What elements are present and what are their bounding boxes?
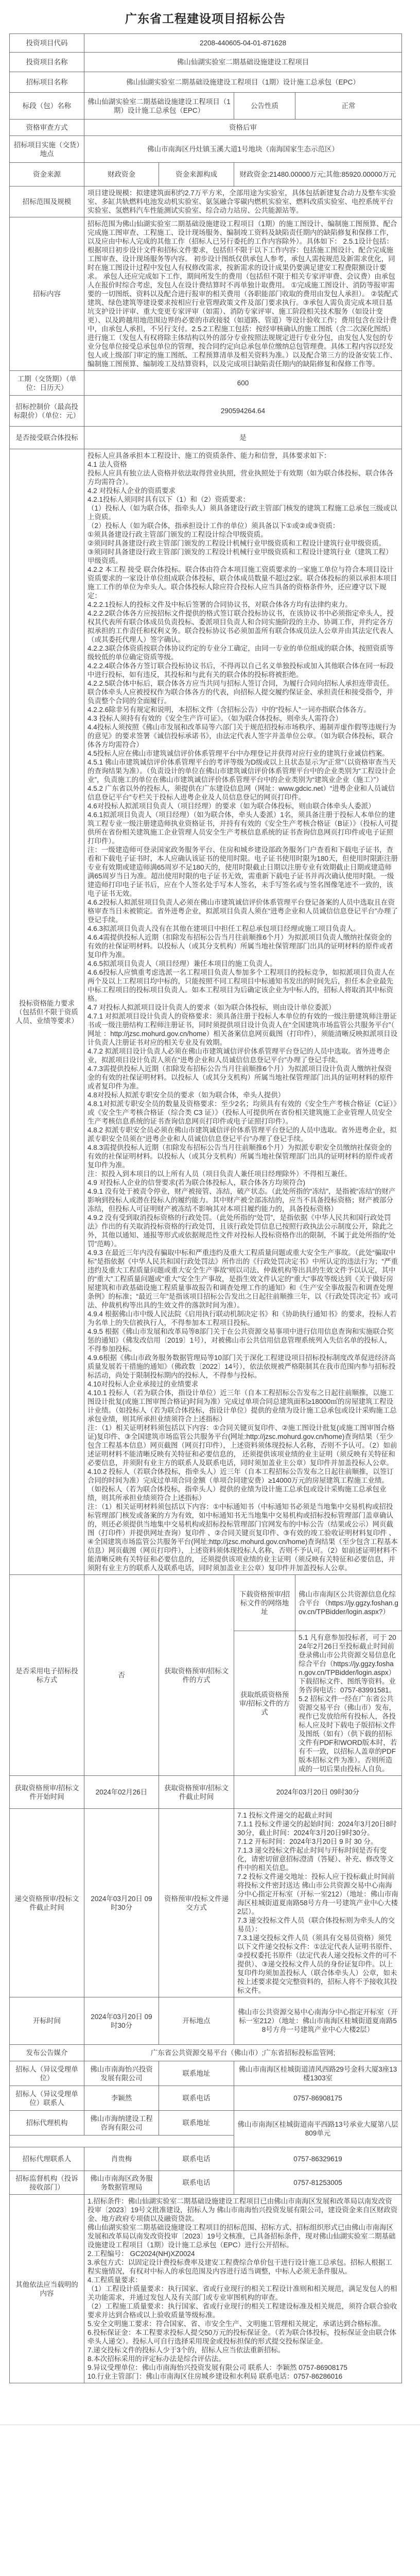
row-scope: 招标范围及规模 项目建设规模：拟建建筑面积约2.7万平方米，全部用途为实验室，具… — [10, 187, 402, 217]
funding-label: 资金来源 — [10, 163, 84, 187]
agency-contact-value: 肖贵梅 — [84, 2147, 159, 2171]
row-electronic-download: 是否采用电子招标投标方式 否 获取资格预审/招标文件的方式 下载资格预审/招标文… — [10, 1575, 402, 1631]
row-consortium: 是否接受联合体投标 是 — [10, 427, 402, 449]
row-invest-name: 投资项目名称 佛山仙湖实验室二期基础设施建设工程项目 — [10, 53, 402, 72]
row-tenderer: 招标人（异议受理单位） 佛山市南海怡兴投资发展有限公司 联系地址 佛山市南海区桂… — [10, 2061, 402, 2086]
tenderer-contact-label: 招标人（异议受理单位）联系人 — [10, 2086, 84, 2111]
obtain-end-label: 获取资格预审/招标文件截止时间 — [159, 1776, 234, 1809]
supervisor-value: 佛山市南海区政务服务数据管理局 — [84, 2171, 159, 2195]
funding-value: 财政资金 — [84, 163, 159, 187]
qualification-method-value: 资格后审 — [84, 120, 402, 136]
row-obtain-time: 获取资格预审/招标文件开始时间 2024年02月26日 获取资格预审/招标文件截… — [10, 1776, 402, 1809]
agency-tel-label: 联系电话 — [159, 2147, 234, 2171]
invest-code-value: 2208-440605-04-01-871628 — [84, 34, 402, 53]
row-duration: 工期（交货期）（单位：日历天） 600 — [10, 371, 402, 396]
tenderer-tel-label: 联系电话 — [159, 2086, 234, 2111]
row-media: 发布公告媒介 广东省公共资源交易平台（佛山市）;广东省招标投标监管网; — [10, 2045, 402, 2061]
section-value: 佛山仙湖实验室二期基础设施建设工程项目（1期）设计施工总承包（EPC） — [84, 93, 234, 120]
scope-value: 项目建设规模：拟建建筑面积约2.7万平方米，全部用途为实验室，具体包括新建复合动… — [84, 187, 402, 217]
row-tenderer-contact: 招标人（异议受理单位）联系人 李颖然 联系电话 0757-86908175 — [10, 2086, 402, 2111]
ceiling-price-value: 290594264.64 — [84, 396, 402, 427]
row-invest-code: 投资项目代码 2208-440605-04-01-871628 — [10, 34, 402, 53]
opening-place-value: 佛山市公共资源交易中心南海分中心指定开标室（开标一室212）（地址：佛山市南海区… — [234, 1997, 402, 2045]
tenderer-label: 招标人（异议受理单位） — [10, 2061, 84, 2086]
row-tender-name: 招标项目名称 佛山仙湖实验室二期基础设施建设工程项目（1期）设计施工总承包（EP… — [10, 72, 402, 93]
row-submit: 递交资格预审/投标文件截止时间 2024年03月20日 09时30分 资格预审/… — [10, 1809, 402, 1997]
download-url-value: 佛山市南海区公共资源信息化综合平台 （https://jy.ggzy.fosha… — [295, 1575, 402, 1631]
notice-nature-label: 公告性质 — [234, 93, 295, 120]
row-opening: 开标时间 2024年03月20日 09时30分 开标地点 佛山市公共资源交易中心… — [10, 1997, 402, 2045]
supervisor-label: 招标监督机构（投诉接收部门） — [10, 2171, 84, 2195]
agency-label: 招标代理机构 — [10, 2111, 84, 2136]
row-other: 其他依法应当载明的内容 1.招标条件：佛山仙湖实验室二期基础设施建设工程项目已由… — [10, 2195, 402, 2383]
row-agency-contact: 招标代理联系人 肖贵梅 联系电话 0757-86329619 — [10, 2147, 402, 2171]
row-content: 招标内容 招标范围为佛山仙湖实验室二期基础设施建设工程项目（1期）的施工图设计、… — [10, 217, 402, 371]
table-gap — [10, 2136, 234, 2147]
location-label: 招标项目实施（交货）地点 — [10, 136, 84, 163]
row-agency: 招标代理机构 佛山市海纳建设工程咨询有限公司 联系地址 佛山市南海区桂城街道南平… — [10, 2111, 402, 2136]
tenderer-value: 佛山市南海怡兴投资发展有限公司 — [84, 2061, 159, 2086]
funding-composition-label: 资金来源构成 — [159, 163, 234, 187]
opening-time-value: 2024年03月20日 09时30分 — [84, 1997, 159, 2045]
agency-value: 佛山市海纳建设工程咨询有限公司 — [84, 2111, 159, 2136]
row-ceiling-price: 招标控制价（最高投标限价）（单位：元） 290594264.64 — [10, 396, 402, 427]
scope-label: 招标范围及规模 — [10, 187, 84, 217]
other-label: 其他依法应当载明的内容 — [10, 2195, 84, 2383]
opening-time-label: 开标时间 — [10, 1997, 84, 2045]
invest-code-label: 投资项目代码 — [10, 34, 84, 53]
tenderer-addr-value: 佛山市南海区桂城街道清风西路29号金科大厦3座13楼1303室 — [234, 2061, 402, 2086]
electronic-bidding-label: 是否采用电子招标投标方式 — [10, 1575, 84, 1776]
media-label: 发布公告媒介 — [10, 2045, 84, 2061]
tender-name-label: 招标项目名称 — [10, 72, 84, 93]
submit-method-label: 资格预审/投标文件递交方式 — [159, 1809, 234, 1997]
funding-composition-value: 财政资金:21480.00000万元;其他:85920.00000万元 — [234, 163, 402, 187]
paper-obtain-label: 获取纸质资格预审/招标文件的方式 — [234, 1631, 295, 1776]
row-funding: 资金来源 财政资金 资金来源构成 财政资金:21480.00000万元;其他:8… — [10, 163, 402, 187]
obtain-start-value: 2024年02月26日 — [84, 1776, 159, 1809]
opening-place-label: 开标地点 — [159, 1997, 234, 2045]
supervisor-tel-label: 联系电话 — [159, 2171, 234, 2195]
ceiling-price-label: 招标控制价（最高投标限价）（单位：元） — [10, 396, 84, 427]
obtain-method-label: 获取资格预审/招标文件的方式 — [159, 1575, 234, 1776]
tenderer-contact-value: 李颖然 — [84, 2086, 159, 2111]
row-location: 招标项目实施（交货）地点 佛山市南海区丹灶镇玉溪大道1号地块（南海国家生态示范区… — [10, 136, 402, 163]
notice-nature-value: 正常 — [295, 93, 402, 120]
row-section: 标段（包）名称 佛山仙湖实验室二期基础设施建设工程项目（1期）设计施工总承包（E… — [10, 93, 402, 120]
qualification-method-label: 资格审查方式 — [10, 120, 84, 136]
agency-addr-label: 联系地址 — [159, 2111, 234, 2136]
media-value: 广东省公共资源交易平台（佛山市）;广东省招标投标监管网; — [84, 2045, 402, 2061]
row-qualification-method: 资格审查方式 资格后审 — [10, 120, 402, 136]
agency-addr-value: 佛山市南海区桂城街道南平西路13号承业大厦第八层809单元 — [234, 2111, 402, 2147]
row-qualification-req: 投标资格能力要求（包括但不限于资质人员、业绩等要求） 投标人应具备承担本工程设计… — [10, 449, 402, 1575]
paper-obtain-value: 5.1 凡有意参加投标者，可于 2024年2月26日至投标截止时间前登录佛山市公… — [295, 1631, 402, 1776]
location-value: 佛山市南海区丹灶镇玉溪大道1号地块（南海国家生态示范区） — [84, 136, 402, 163]
submit-deadline-value: 2024年03月20日 09时30分 — [84, 1809, 159, 1997]
page-title: 广东省工程建设项目招标公告 — [9, 9, 401, 26]
obtain-start-label: 获取资格预审/招标文件开始时间 — [10, 1776, 84, 1809]
content-value: 招标范围为佛山仙湖实验室二期基础设施建设工程项目（1期）的施工图设计、编制施工图… — [84, 217, 402, 371]
submit-deadline-label: 递交资格预审/投标文件截止时间 — [10, 1809, 84, 1997]
tenderer-addr-label: 联系地址 — [159, 2061, 234, 2086]
content-label: 招标内容 — [10, 217, 84, 371]
consortium-label: 是否接受联合体投标 — [10, 427, 84, 449]
invest-name-label: 投资项目名称 — [10, 53, 84, 72]
tender-announcement-table: 投资项目代码 2208-440605-04-01-871628 投资项目名称 佛… — [9, 33, 402, 2383]
qualification-req-value: 投标人应具备承担本工程设计、施工的资质条件、能力和信誉，具体要求如下： 4.1 … — [84, 449, 402, 1575]
section-label: 标段（包）名称 — [10, 93, 84, 120]
supervisor-tel-value: 0757-81253005 — [234, 2171, 402, 2195]
other-value: 1.招标条件：佛山仙湖实验室二期基础设施建设工程项目已由佛山市南海区发展和改革局… — [84, 2195, 402, 2383]
tender-name-value: 佛山仙湖实验室二期基础设施建设工程项目（1期）设计施工总承包（EPC） — [84, 72, 402, 93]
agency-tel-value: 0757-86329619 — [234, 2147, 402, 2171]
electronic-bidding-value: 否 — [84, 1575, 159, 1776]
duration-value: 600 — [84, 371, 402, 396]
qualification-req-label: 投标资格能力要求（包括但不限于资质人员、业绩等要求） — [10, 449, 84, 1575]
obtain-end-value: 2024年03月20日 09时30分 — [234, 1776, 402, 1809]
invest-name-value: 佛山仙湖实验室二期基础设施建设工程项目 — [84, 53, 402, 72]
consortium-value: 是 — [84, 427, 402, 449]
tenderer-tel-value: 0757-86908175 — [234, 2086, 402, 2111]
footer-divider — [0, 2425, 420, 2436]
duration-label: 工期（交货期）（单位：日历天） — [10, 371, 84, 396]
agency-contact-label: 招标代理联系人 — [10, 2147, 84, 2171]
submit-method-value: 7.1 投标文件递交的起截止时间 7.1.1 投标文件递交的起始时间：2024年… — [234, 1809, 402, 1997]
row-supervisor: 招标监督机构（投诉接收部门） 佛山市南海区政务服务数据管理局 联系电话 0757… — [10, 2171, 402, 2195]
download-url-label: 下载资格预审/招标文件的网络地址 — [234, 1575, 295, 1631]
